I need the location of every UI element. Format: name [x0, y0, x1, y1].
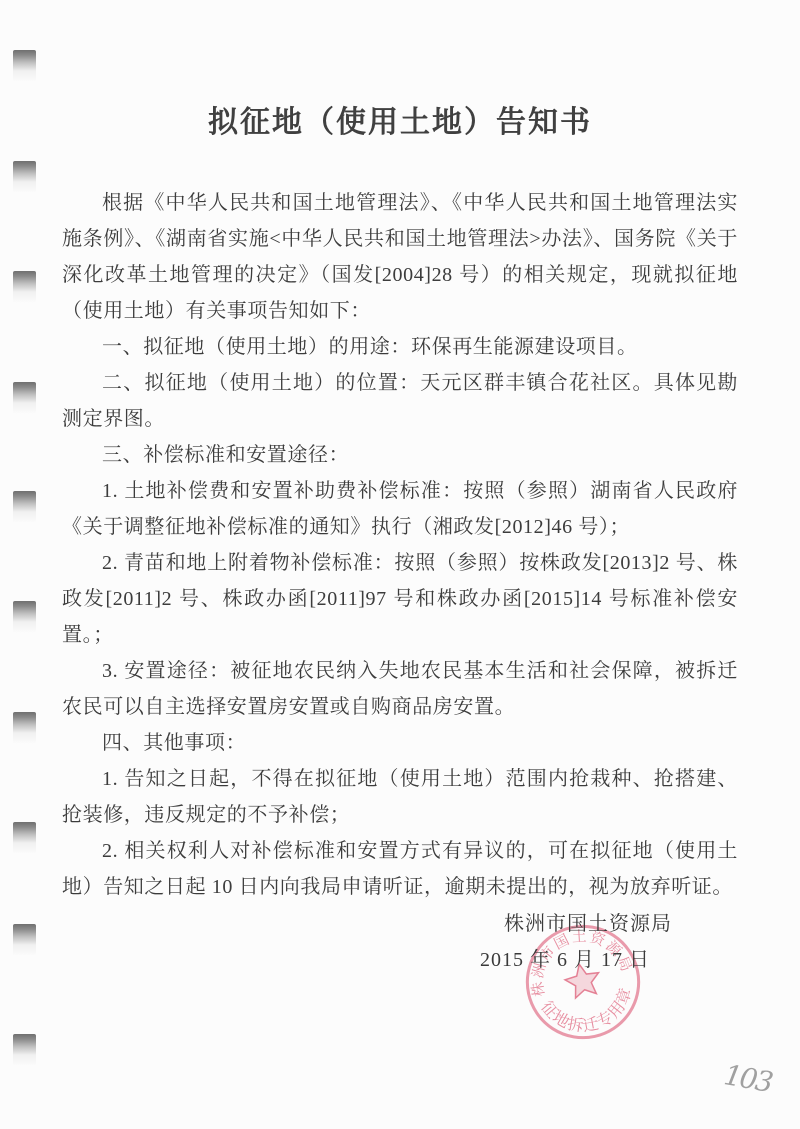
binding-mark: [13, 601, 36, 633]
binding-mark: [13, 491, 36, 523]
paragraph-item-3-heading: 三、补偿标准和安置途径：: [62, 437, 738, 473]
binding-mark: [13, 712, 36, 744]
scanned-document-page: 拟征地（使用土地）告知书 根据《中华人民共和国土地管理法》、《中华人民共和国土地…: [0, 0, 800, 1129]
binding-mark: [13, 924, 36, 956]
binding-mark: [13, 1034, 36, 1066]
paragraph-item-3-1: 1. 土地补偿费和安置补助费补偿标准：按照（参照）湖南省人民政府《关于调整征地补…: [62, 473, 738, 545]
binding-mark: [13, 271, 36, 303]
signature-block: 株洲市国土资源局 2015 年 6 月 17 日: [62, 906, 738, 977]
paragraph-item-2-location: 二、拟征地（使用土地）的位置：天元区群丰镇合花社区。具体见勘测定界图。: [62, 365, 738, 437]
signature-agency: 株洲市国土资源局: [62, 906, 738, 943]
document-title: 拟征地（使用土地）告知书: [62, 0, 738, 141]
paragraph-item-4-1: 1. 告知之日起，不得在拟征地（使用土地）范围内抢栽种、抢搭建、抢装修，违反规定…: [62, 761, 738, 833]
document-body: 根据《中华人民共和国土地管理法》、《中华人民共和国土地管理法实施条例》、《湖南省…: [62, 185, 738, 905]
document-content: 拟征地（使用土地）告知书 根据《中华人民共和国土地管理法》、《中华人民共和国土地…: [62, 0, 738, 977]
binding-mark: [13, 161, 36, 193]
paragraph-item-3-3: 3. 安置途径：被征地农民纳入失地农民基本生活和社会保障，被拆迁农民可以自主选择…: [62, 653, 738, 725]
handwritten-page-number: 103: [721, 1058, 773, 1099]
binding-mark: [13, 822, 36, 854]
binding-mark: [13, 50, 36, 82]
paragraph-intro: 根据《中华人民共和国土地管理法》、《中华人民共和国土地管理法实施条例》、《湖南省…: [62, 185, 738, 329]
paragraph-item-3-2: 2. 青苗和地上附着物补偿标准：按照（参照）按株政发[2013]2 号、株政发[…: [62, 545, 738, 653]
signature-date: 2015 年 6 月 17 日: [62, 943, 738, 977]
binding-mark: [13, 382, 36, 414]
paragraph-item-4-heading: 四、其他事项：: [62, 725, 738, 761]
paragraph-item-1-use: 一、拟征地（使用土地）的用途：环保再生能源建设项目。: [62, 329, 738, 365]
